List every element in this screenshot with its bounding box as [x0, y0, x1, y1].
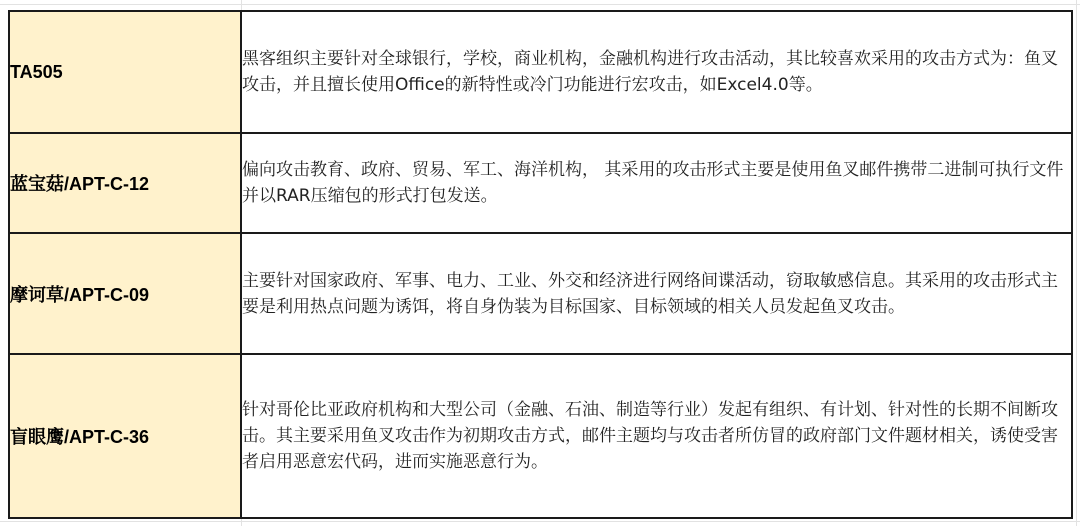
group-name: 盲眼鹰/APT-C-36 — [10, 427, 149, 447]
gridline — [0, 521, 1080, 522]
group-description-cell[interactable]: 主要针对国家政府、军事、电力、工业、外交和经济进行网络间谍活动，窃取敏感信息。其… — [241, 233, 1072, 354]
group-name: TA505 — [10, 62, 63, 82]
table-row: 盲眼鹰/APT-C-36 针对哥伦比亚政府机构和大型公司（金融、石油、制造等行业… — [9, 354, 1072, 518]
apt-group-table: TA505 黑客组织主要针对全球银行，学校，商业机构，金融机构进行攻击活动，其比… — [8, 10, 1073, 519]
group-name-cell[interactable]: 盲眼鹰/APT-C-36 — [9, 354, 241, 518]
group-description: 黑客组织主要针对全球银行，学校，商业机构，金融机构进行攻击活动，其比较喜欢采用的… — [242, 46, 1071, 98]
table-row: 摩诃草/APT-C-09 主要针对国家政府、军事、电力、工业、外交和经济进行网络… — [9, 233, 1072, 354]
group-description: 主要针对国家政府、军事、电力、工业、外交和经济进行网络间谍活动，窃取敏感信息。其… — [242, 268, 1071, 320]
group-name-cell[interactable]: TA505 — [9, 11, 241, 133]
group-description-cell[interactable]: 偏向攻击教育、政府、贸易、军工、海洋机构， 其采用的攻击形式主要是使用鱼叉邮件携… — [241, 133, 1072, 233]
gridline — [1076, 0, 1077, 526]
group-description-cell[interactable]: 针对哥伦比亚政府机构和大型公司（金融、石油、制造等行业）发起有组织、有计划、针对… — [241, 354, 1072, 518]
group-description: 针对哥伦比亚政府机构和大型公司（金融、石油、制造等行业）发起有组织、有计划、针对… — [242, 397, 1071, 475]
gridline — [0, 4, 1080, 5]
group-name: 摩诃草/APT-C-09 — [10, 285, 149, 305]
group-description-cell[interactable]: 黑客组织主要针对全球银行，学校，商业机构，金融机构进行攻击活动，其比较喜欢采用的… — [241, 11, 1072, 133]
group-name: 蓝宝菇/APT-C-12 — [10, 174, 149, 194]
spreadsheet-view: TA505 黑客组织主要针对全球银行，学校，商业机构，金融机构进行攻击活动，其比… — [0, 0, 1080, 526]
table-row: TA505 黑客组织主要针对全球银行，学校，商业机构，金融机构进行攻击活动，其比… — [9, 11, 1072, 133]
group-description: 偏向攻击教育、政府、贸易、军工、海洋机构， 其采用的攻击形式主要是使用鱼叉邮件携… — [242, 157, 1071, 209]
group-name-cell[interactable]: 摩诃草/APT-C-09 — [9, 233, 241, 354]
group-name-cell[interactable]: 蓝宝菇/APT-C-12 — [9, 133, 241, 233]
table-row: 蓝宝菇/APT-C-12 偏向攻击教育、政府、贸易、军工、海洋机构， 其采用的攻… — [9, 133, 1072, 233]
